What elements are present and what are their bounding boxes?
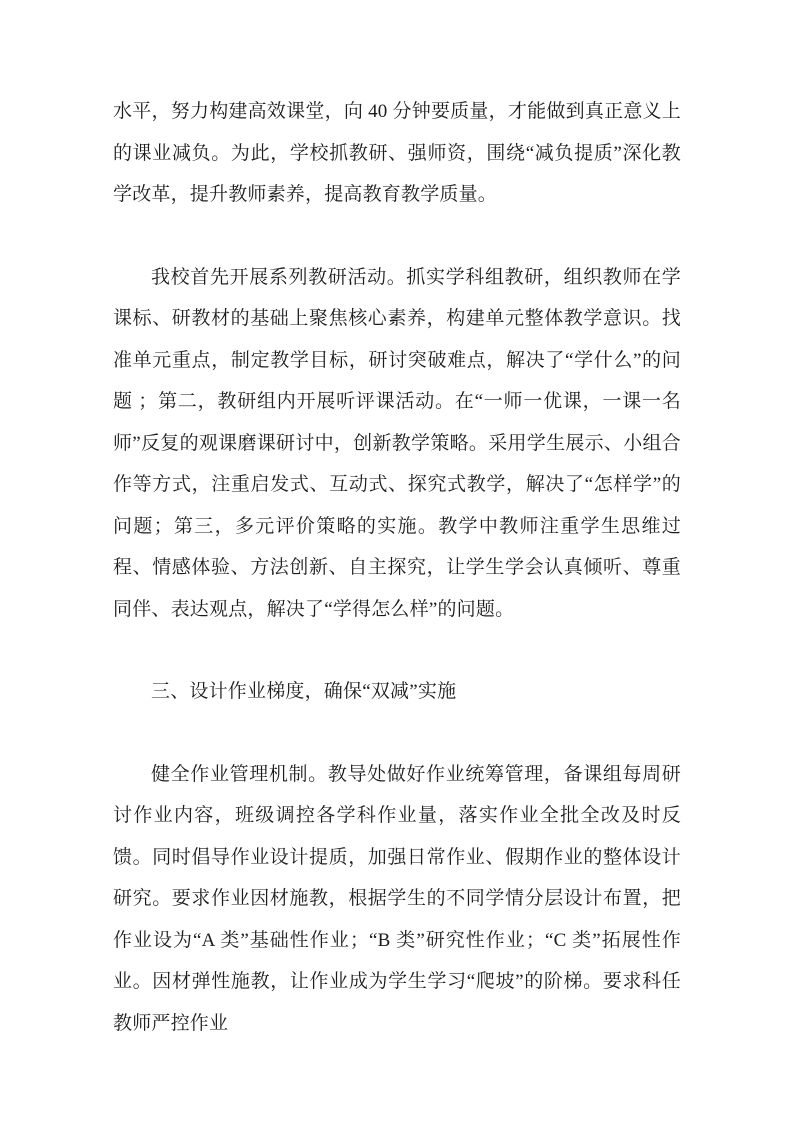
body-paragraph-continuation: 水平，努力构建高效课堂，向 40 分钟要质量，才能做到真正意义上的课业减负。为此…	[113, 91, 681, 216]
body-paragraph-homework-management: 健全作业管理机制。教导处做好作业统筹管理，备课组每周研讨作业内容，班级调控各学科…	[113, 754, 681, 1045]
body-paragraph-teaching-research: 我校首先开展系列教研活动。抓实学科组教研，组织教师在学课标、研教材的基础上聚焦核…	[113, 257, 681, 631]
document-page: 水平，努力构建高效课堂，向 40 分钟要质量，才能做到真正意义上的课业减负。为此…	[0, 0, 793, 1122]
section-heading-homework-gradient: 三、设计作业梯度，确保“双减”实施	[113, 671, 681, 713]
